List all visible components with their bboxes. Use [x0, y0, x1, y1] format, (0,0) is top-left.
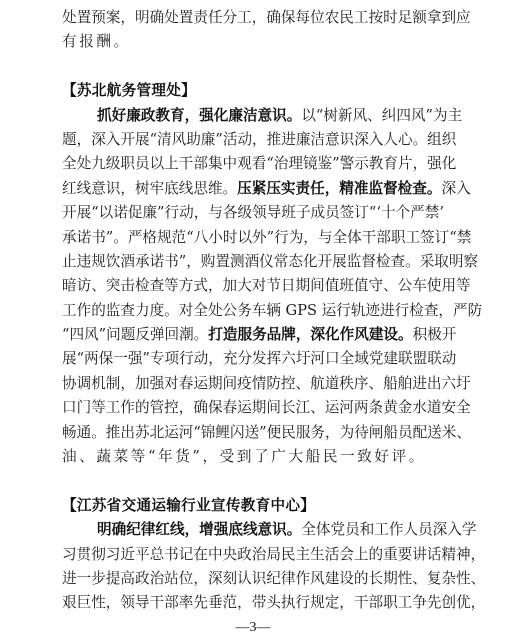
line-text: 红线意识，树牢底线思维。 — [62, 180, 237, 197]
paragraph-line: 红线意识，树牢底线思维。压紧压实责任，精准监督检查。深入 — [62, 177, 444, 201]
paragraph-line: 承诺书”。严格规范“八小时以外”行为，与全体干部职工签订“禁 — [62, 226, 444, 250]
bold-subtitle: 明确纪律红线，增强底线意识。 — [97, 521, 301, 538]
paragraph-line: 口门等工作的管控，确保春运期间长江、运河两条黄金水道安全 — [62, 396, 444, 420]
paragraph-line: 抓好廉政教育，强化廉洁意识。以“树新风、纠四风”为主 — [62, 104, 444, 128]
paragraph-line: 艰巨性，领导干部率先垂范，带头执行规定，干部职工争先创优， — [62, 591, 444, 615]
line-text: 全体党员和工作人员深入学 — [301, 521, 476, 538]
paragraph-line: 止违规饮酒承诺书”，购置测酒仪常态化开展监督检查。采取明察 — [62, 250, 444, 274]
document-page: 处置预案，明确处置责任分工，确保每位农民工按时足额拿到应 有报酬。 【苏北航务管… — [62, 6, 444, 616]
paragraph-line: 协调机制，加强对春运期间疫情防控、航道秩序、船舶进出六圩 — [62, 372, 444, 396]
paragraph-line: “四风”问题反弹回潮。打造服务品牌，深化作风建设。积极开 — [62, 323, 444, 347]
bold-subtitle: 抓好廉政教育，强化廉洁意识。 — [97, 107, 301, 124]
blank-line — [62, 469, 444, 493]
paragraph-line: 明确纪律红线，增强底线意识。全体党员和工作人员深入学 — [62, 518, 444, 542]
paragraph-line: 畅通。推出苏北运河“锦鲤闪送”便民服务，为待闸船员配送米、 — [62, 421, 444, 445]
paragraph-line: 展“两保一强”专项行动，充分发挥六圩河口全域党建联盟联动 — [62, 347, 444, 371]
paragraph-line: 开展“以诺促廉”行动，与各级领导班子成员签订“‘十个严禁’ — [62, 201, 444, 225]
line-text: “四风”问题反弹回潮。 — [62, 326, 208, 343]
blank-line — [62, 55, 444, 79]
page-number: —3— — [0, 620, 506, 636]
paragraph-line: 处置预案，明确处置责任分工，确保每位农民工按时足额拿到应 — [62, 6, 444, 30]
section-heading-publicity-education-center: 【江苏省交通运输行业宣传教育中心】 — [62, 494, 444, 518]
bold-subtitle: 打造服务品牌，深化作风建设。 — [208, 326, 412, 343]
paragraph-line: 题，深入开展“清风助廉”活动，推进廉洁意识深入人心。组织 — [62, 128, 444, 152]
line-text: 积极开 — [413, 326, 457, 343]
paragraph-line: 工作的监查力度。对全处公务车辆 GPS 运行轨迹进行检查，严防 — [62, 299, 444, 323]
bold-subtitle: 压紧压实责任，精准监督检查。 — [237, 180, 441, 197]
paragraph-line: 进一步提高政治站位，深刻认识纪律作风建设的长期性、复杂性、 — [62, 567, 444, 591]
paragraph-line: 油、蔬菜等“年货”，受到了广大船民一致好评。 — [62, 445, 444, 469]
line-text: 以“树新风、纠四风”为主 — [301, 107, 462, 124]
paragraph-line: 有报酬。 — [62, 30, 444, 54]
paragraph-line: 习贯彻习近平总书记在中央政治局民主生活会上的重要讲话精神， — [62, 543, 444, 567]
paragraph-line: 全处九级职员以上干部集中观看“治理镜鉴”警示教育片，强化 — [62, 152, 444, 176]
section-heading-subei-navigation: 【苏北航务管理处】 — [62, 79, 444, 103]
line-text: 深入 — [441, 180, 470, 197]
paragraph-line: 暗访、突击检查等方式，加大对节日期间值班值守、公车使用等 — [62, 274, 444, 298]
